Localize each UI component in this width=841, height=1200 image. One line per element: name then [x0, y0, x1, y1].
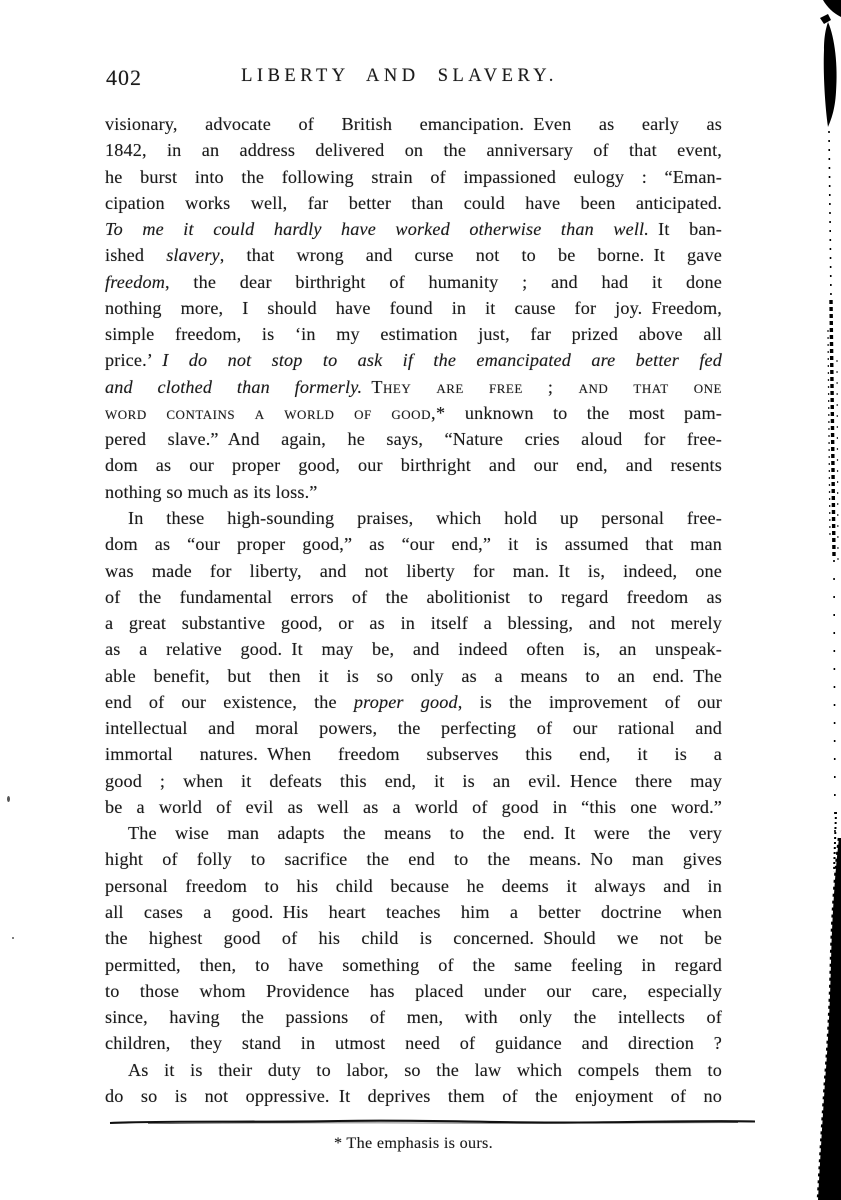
ink-speck [7, 796, 10, 802]
body-text-segment: immortal natures. When freedom subserves… [105, 744, 722, 764]
text-line: a great substantive good, or as in itsel… [105, 610, 722, 636]
text-line: do so is not oppressive. It deprives the… [105, 1083, 722, 1109]
body-text-segment: all cases a good. His heart teaches him … [105, 902, 722, 922]
text-line: was made for liberty, and not liberty fo… [105, 558, 722, 584]
text-line: children, they stand in utmost need of g… [105, 1030, 722, 1056]
text-line: 1842, in an address delivered on the ann… [105, 137, 722, 163]
text-line: dom as our proper good, our birthright a… [105, 452, 722, 478]
page-body-text: visionary, advocate of British emancipat… [105, 111, 722, 1109]
text-line: freedom, the dear birthright of humanity… [105, 269, 722, 295]
text-line: In these high-sounding praises, which ho… [105, 505, 722, 531]
body-text-segment: unknown to the most pam- [446, 403, 722, 423]
text-line: since, having the passions of men, with … [105, 1004, 722, 1030]
footnote: * The emphasis is ours. [105, 1134, 722, 1153]
running-title: LIBERTY AND SLAVERY. [91, 66, 708, 87]
text-line: end of our existence, the proper good, i… [105, 689, 722, 715]
body-text-segment: end of our existence, the [105, 692, 354, 712]
small-caps-text: They are free ; and that one [371, 377, 722, 397]
body-text-segment: to those whom Providence has placed unde… [105, 981, 722, 1001]
text-line: nothing more, I should have found in it … [105, 295, 722, 321]
body-text-segment: permitted, then, to have something of th… [105, 955, 722, 975]
body-text-segment: As it is their duty to labor, so the law… [128, 1060, 722, 1080]
text-line: simple freedom, is ‘in my estimation jus… [105, 321, 722, 347]
text-line: hight of folly to sacrifice the end to t… [105, 846, 722, 872]
body-text-segment: nothing more, I should have found in it … [105, 298, 722, 318]
body-text-segment: children, they stand in utmost need of g… [105, 1033, 722, 1053]
body-text-segment: a great substantive good, or as in itsel… [105, 613, 722, 633]
body-text-segment: as a relative good. It may be, and indee… [105, 639, 722, 659]
small-caps-text: word contains a world of good,* [105, 403, 446, 423]
body-text-segment: simple freedom, is ‘in my estimation jus… [105, 324, 722, 344]
text-line: The wise man adapts the means to the end… [105, 820, 722, 846]
body-text-segment: good ; when it defeats this end, it is a… [105, 771, 722, 791]
body-text-segment: was made for liberty, and not liberty fo… [105, 561, 722, 581]
body-text-segment: , is the improvement of our [458, 692, 722, 712]
text-line: personal freedom to his child because he… [105, 873, 722, 899]
italic-text: freedom [105, 272, 165, 292]
body-text-segment: ished [105, 245, 166, 265]
scan-artifact-right [790, 0, 841, 1200]
italic-text: proper good [354, 692, 458, 712]
body-text-segment: hight of folly to sacrifice the end to t… [105, 849, 722, 869]
body-text-segment: cipation works well, far better than cou… [105, 193, 722, 213]
text-line: permitted, then, to have something of th… [105, 952, 722, 978]
text-line: intellectual and moral powers, the perfe… [105, 715, 722, 741]
body-text-segment: personal freedom to his child because he… [105, 876, 722, 896]
book-page: 402 LIBERTY AND SLAVERY. visionary, advo… [0, 0, 841, 1200]
body-text-segment: of the fundamental errors of the aboliti… [105, 587, 722, 607]
text-line: the highest good of his child is concern… [105, 925, 722, 951]
text-line: as a relative good. It may be, and indee… [105, 636, 722, 662]
text-line: pered slave.” And again, he says, “Natur… [105, 426, 722, 452]
text-line: nothing so much as its loss.” [105, 479, 722, 505]
body-text-segment: the highest good of his child is concern… [105, 928, 722, 948]
body-text-segment: nothing so much as its loss.” [105, 482, 318, 502]
body-text-segment: he burst into the following strain of im… [105, 167, 722, 187]
text-line: visionary, advocate of British emancipat… [105, 111, 722, 137]
text-line: of the fundamental errors of the aboliti… [105, 584, 722, 610]
text-line: immortal natures. When freedom subserves… [105, 741, 722, 767]
body-text-segment: do so is not oppressive. It deprives the… [105, 1086, 722, 1106]
text-line: word contains a world of good,* unknown … [105, 400, 722, 426]
body-text-segment: dom as our proper good, our birthright a… [105, 455, 722, 475]
text-line: As it is their duty to labor, so the law… [105, 1057, 722, 1083]
italic-text: I do not stop to ask if the emancipated … [162, 350, 722, 370]
body-text-segment: pered slave.” And again, he says, “Natur… [105, 429, 722, 449]
italic-text: and clothed than formerly. [105, 377, 362, 397]
body-text-segment: price.’ [105, 350, 162, 370]
page-header: 402 LIBERTY AND SLAVERY. [105, 63, 722, 89]
text-line: to those whom Providence has placed unde… [105, 978, 722, 1004]
text-line: price.’ I do not stop to ask if the eman… [105, 347, 722, 373]
body-text-segment: 1842, in an address delivered on the ann… [105, 140, 722, 160]
body-text-segment: It ban- [649, 219, 722, 239]
body-text-segment: able benefit, but then it is so only as … [105, 666, 722, 686]
body-text-segment: In these high-sounding praises, which ho… [128, 508, 722, 528]
body-text-segment: The wise man adapts the means to the end… [128, 823, 722, 843]
text-line: and clothed than formerly. They are free… [105, 374, 722, 400]
body-text-segment: dom as “our proper good,” as “our end,” … [105, 534, 722, 554]
body-text-segment: be a world of evil as well as a world of… [105, 797, 722, 817]
text-line: be a world of evil as well as a world of… [105, 794, 722, 820]
italic-text: slavery [166, 245, 220, 265]
ink-speck [12, 937, 14, 939]
text-line: able benefit, but then it is so only as … [105, 663, 722, 689]
text-line: he burst into the following strain of im… [105, 164, 722, 190]
text-line: ished slavery, that wrong and curse not … [105, 242, 722, 268]
footnote-rule [108, 1118, 757, 1126]
italic-text: To me it could hardly have worked otherw… [105, 219, 649, 239]
body-text-segment: visionary, advocate of British emancipat… [105, 114, 722, 134]
body-text-segment: since, having the passions of men, with … [105, 1007, 722, 1027]
body-text-segment: , the dear birthright of humanity ; and … [165, 272, 722, 292]
text-line: dom as “our proper good,” as “our end,” … [105, 531, 722, 557]
text-line: cipation works well, far better than cou… [105, 190, 722, 216]
text-line: all cases a good. His heart teaches him … [105, 899, 722, 925]
body-text-segment: intellectual and moral powers, the perfe… [105, 718, 722, 738]
text-line: To me it could hardly have worked otherw… [105, 216, 722, 242]
text-line: good ; when it defeats this end, it is a… [105, 768, 722, 794]
body-text-segment: , that wrong and curse not to be borne. … [220, 245, 722, 265]
